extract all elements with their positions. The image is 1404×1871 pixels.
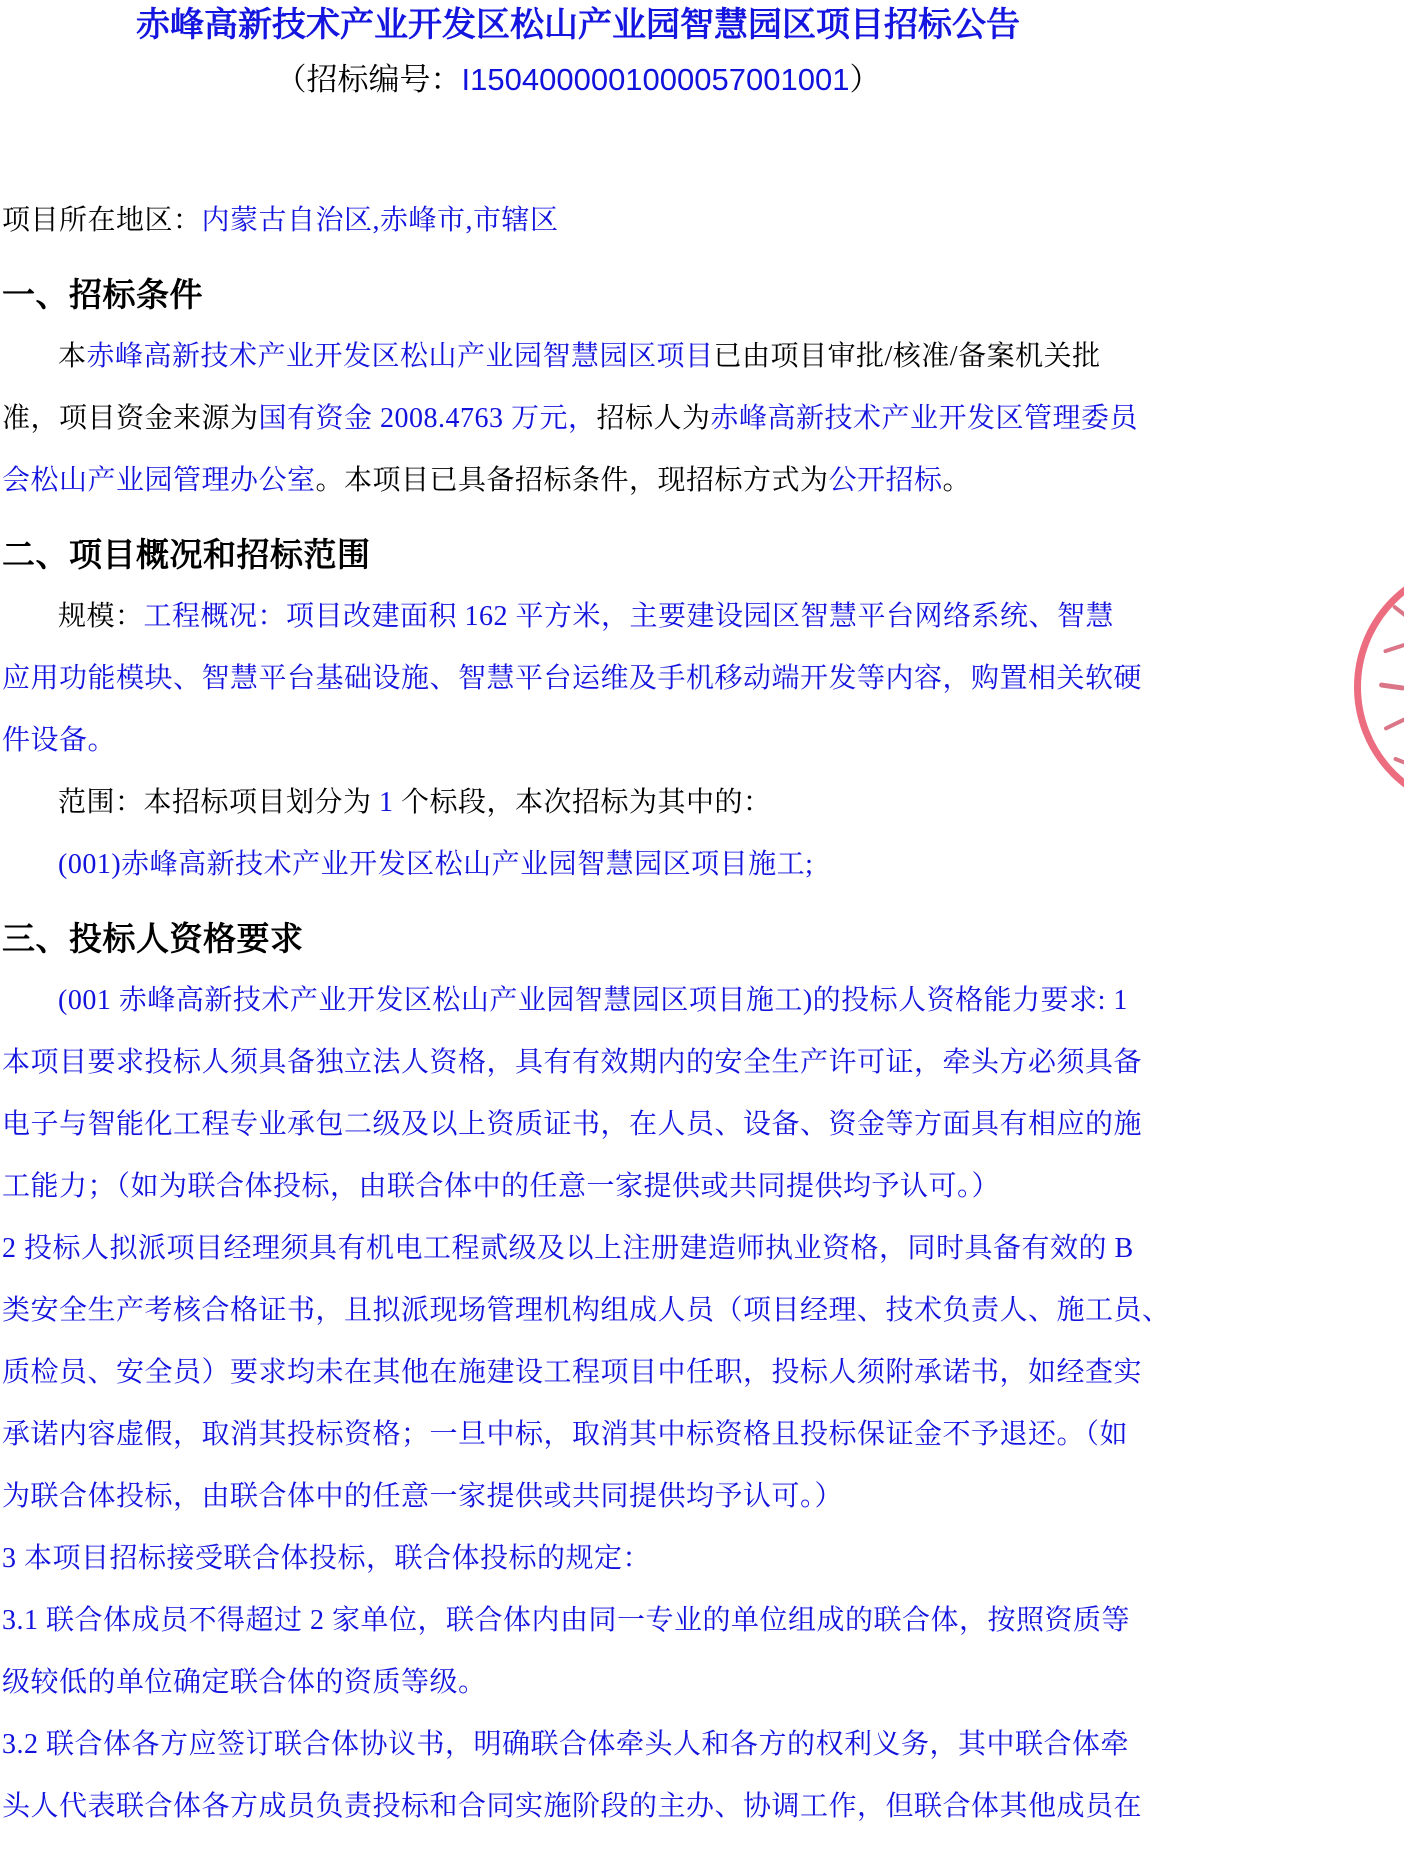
document-body: 项目所在地区：内蒙古自治区,赤峰市,市辖区一、招标条件本赤峰高新技术产业开发区松…: [0, 190, 1404, 1838]
document-line: 质检员、安全员）要求均未在其他在施建设工程项目中任职，投标人须附承诺书，如经查实: [2, 1342, 1404, 1404]
document-line: 应用功能模块、智慧平台基础设施、智慧平台运维及手机移动端开发等内容，购置相关软硬: [2, 648, 1404, 710]
field-value-text: 内蒙古自治区,赤峰市,市辖区: [202, 205, 559, 236]
field-value-text: 1: [379, 787, 394, 818]
field-value-text: 公开招标: [829, 465, 943, 496]
seal-script-mark: [1383, 717, 1404, 731]
seal-script-mark: [1383, 642, 1404, 653]
static-text: 准，项目资金来源为: [2, 403, 259, 434]
seal-script-mark: [1392, 604, 1404, 619]
document-line: 本赤峰高新技术产业开发区松山产业园智慧园区项目已由项目审批/核准/备案机关批: [2, 326, 1404, 388]
field-value-text: (001)赤峰高新技术产业开发区松山产业园智慧园区项目施工;: [58, 849, 813, 880]
document-line: 项目所在地区：内蒙古自治区,赤峰市,市辖区: [2, 190, 1404, 252]
document-line: (001 赤峰高新技术产业开发区松山产业园智慧园区项目施工)的投标人资格能力要求…: [2, 970, 1404, 1032]
static-text: 一、招标条件: [2, 276, 203, 313]
document-line: 头人代表联合体各方成员负责投标和合同实施阶段的主办、协调工作，但联合体其他成员在: [2, 1776, 1404, 1838]
field-value-text: 电子与智能化工程专业承包二级及以上资质证书，在人员、设备、资金等方面具有相应的施: [2, 1109, 1142, 1140]
seal-script-mark: [1393, 756, 1404, 767]
field-value-text: 工程概况：项目改建面积 162 平方米，主要建设园区智慧平台网络系统、智慧: [144, 601, 1115, 632]
field-value-text: 级较低的单位确定联合体的资质等级。: [2, 1667, 487, 1698]
static-text: 已由项目审批/核准/备案机关批: [714, 341, 1101, 372]
static-text: 项目所在地区：: [2, 205, 202, 236]
field-value-text: 件设备。: [2, 725, 116, 756]
static-text: 三、投标人资格要求: [2, 920, 304, 957]
document-line: 为联合体投标，由联合体中的任意一家提供或共同提供均予认可。）: [2, 1466, 1404, 1528]
document-line: 3.2 联合体各方应签订联合体协议书，明确联合体牵头人和各方的权利义务，其中联合…: [2, 1714, 1404, 1776]
document-header: 赤峰高新技术产业开发区松山产业园智慧园区项目招标公告 （招标编号：I150400…: [0, 0, 1156, 102]
tender-number-suffix: ）: [849, 62, 880, 97]
field-value-text: 3.1 联合体成员不得超过 2 家单位，联合体内由同一专业的单位组成的联合体，按…: [2, 1605, 1130, 1636]
document-line: 准，项目资金来源为国有资金 2008.4763 万元，招标人为赤峰高新技术产业开…: [2, 388, 1404, 450]
field-value-text: 应用功能模块、智慧平台基础设施、智慧平台运维及手机移动端开发等内容，购置相关软硬: [2, 663, 1142, 694]
field-value-text: 国有资金 2008.4763 万元，: [259, 403, 597, 434]
static-text: 二、项目概况和招标范围: [2, 536, 371, 573]
static-text: 。: [943, 465, 972, 496]
document-line: 本项目要求投标人须具备独立法人资格，具有有效期内的安全生产许可证，牵头方必须具备: [2, 1032, 1404, 1094]
seal-script-mark: [1379, 682, 1404, 691]
field-value-text: 赤峰高新技术产业开发区松山产业园智慧园区项目: [87, 341, 714, 372]
document-line: (001)赤峰高新技术产业开发区松山产业园智慧园区项目施工;: [2, 834, 1404, 896]
field-value-text: (001 赤峰高新技术产业开发区松山产业园智慧园区项目施工)的投标人资格能力要求…: [58, 985, 1128, 1016]
static-text: 本: [58, 341, 87, 372]
document-line: 规模：工程概况：项目改建面积 162 平方米，主要建设园区智慧平台网络系统、智慧: [2, 586, 1404, 648]
static-text: 个标段，本次招标为其中的：: [394, 787, 772, 818]
document-title: 赤峰高新技术产业开发区松山产业园智慧园区项目招标公告: [0, 0, 1156, 46]
document-line: 会松山产业园管理办公室。本项目已具备招标条件，现招标方式为公开招标。: [2, 450, 1404, 512]
field-value-text: 赤峰高新技术产业开发区管理委员: [711, 403, 1139, 434]
document-line: 范围：本招标项目划分为 1 个标段，本次招标为其中的：: [2, 772, 1404, 834]
document-line: 承诺内容虚假，取消其投标资格；一旦中标，取消其中标资格且投标保证金不予退还。（如: [2, 1404, 1404, 1466]
section-heading: 一、招标条件: [2, 264, 1404, 326]
field-value-text: 承诺内容虚假，取消其投标资格；一旦中标，取消其中标资格且投标保证金不予退还。（如: [2, 1419, 1128, 1450]
field-value-text: 类安全生产考核合格证书，且拟派现场管理机构组成人员（项目经理、技术负责人、施工员…: [2, 1295, 1171, 1326]
document-line: 3 本项目招标接受联合体投标，联合体投标的规定：: [2, 1528, 1404, 1590]
document-line: 级较低的单位确定联合体的资质等级。: [2, 1652, 1404, 1714]
field-value-text: 工能力；（如为联合体投标，由联合体中的任意一家提供或共同提供均予认可。）: [2, 1171, 1000, 1202]
document-page: 赤峰高新技术产业开发区松山产业园智慧园区项目招标公告 （招标编号：I150400…: [0, 0, 1404, 1871]
section-heading: 三、投标人资格要求: [2, 908, 1404, 970]
document-subtitle: （招标编号：I1504000001000057001001）: [0, 58, 1156, 102]
document-line: 类安全生产考核合格证书，且拟派现场管理机构组成人员（项目经理、技术负责人、施工员…: [2, 1280, 1404, 1342]
tender-number-label: （招标编号：: [276, 62, 462, 97]
document-line: 件设备。: [2, 710, 1404, 772]
document-line: 2 投标人拟派项目经理须具有机电工程贰级及以上注册建造师执业资格，同时具备有效的…: [2, 1218, 1404, 1280]
field-value-text: 质检员、安全员）要求均未在其他在施建设工程项目中任职，投标人须附承诺书，如经查实: [2, 1357, 1142, 1388]
document-line: 电子与智能化工程专业承包二级及以上资质证书，在人员、设备、资金等方面具有相应的施: [2, 1094, 1404, 1156]
section-heading: 二、项目概况和招标范围: [2, 524, 1404, 586]
field-value-text: 3.2 联合体各方应签订联合体协议书，明确联合体牵头人和各方的权利义务，其中联合…: [2, 1729, 1129, 1760]
static-text: 招标人为: [597, 403, 711, 434]
field-value-text: 为联合体投标，由联合体中的任意一家提供或共同提供均予认可。）: [2, 1481, 843, 1512]
field-value-text: 2 投标人拟派项目经理须具有机电工程贰级及以上注册建造师执业资格，同时具备有效的…: [2, 1233, 1134, 1264]
field-value-text: 本项目要求投标人须具备独立法人资格，具有有效期内的安全生产许可证，牵头方必须具备: [2, 1047, 1142, 1078]
field-value-text: 会松山产业园管理办公室: [2, 465, 316, 496]
static-text: 规模：: [58, 601, 144, 632]
tender-number-value: I1504000001000057001001: [462, 62, 850, 97]
static-text: 。本项目已具备招标条件，现招标方式为: [316, 465, 829, 496]
field-value-text: 3 本项目招标接受联合体投标，联合体投标的规定：: [2, 1543, 651, 1574]
document-line: 3.1 联合体成员不得超过 2 家单位，联合体内由同一专业的单位组成的联合体，按…: [2, 1590, 1404, 1652]
static-text: 范围：本招标项目划分为: [58, 787, 379, 818]
document-line: 工能力；（如为联合体投标，由联合体中的任意一家提供或共同提供均予认可。）: [2, 1156, 1404, 1218]
field-value-text: 头人代表联合体各方成员负责投标和合同实施阶段的主办、协调工作，但联合体其他成员在: [2, 1791, 1142, 1822]
